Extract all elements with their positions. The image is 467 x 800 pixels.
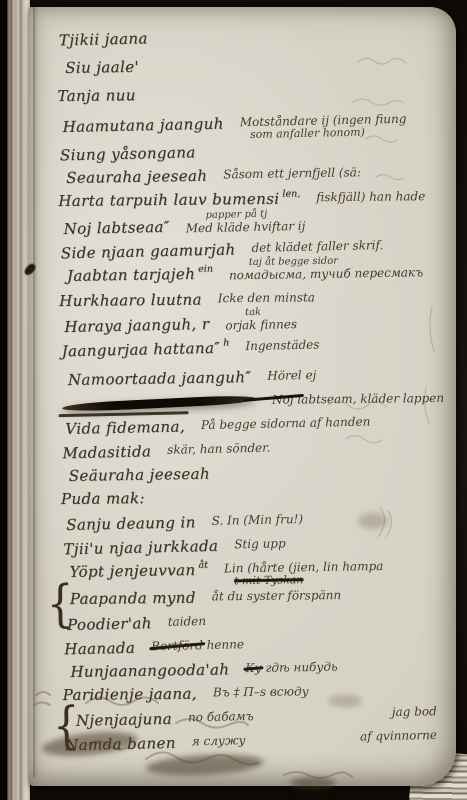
gloss-annotation: På begge sidorna af handen	[201, 415, 371, 433]
gloss-text: Въ ‡ П–s всюду	[213, 684, 309, 699]
photo-of-notebook: Tjikii jaanaSiu jaale'Tanja nuuHaamutana…	[0, 0, 467, 800]
manuscript-line: Hunjaanangooda'ahКу гдѣ нибудь	[70, 657, 446, 682]
gloss-annotation: Ку гдѣ нибудь	[245, 660, 337, 675]
gloss-text: På begge sidorna af handen	[201, 415, 371, 433]
manuscript-line: {Njenjaajunaпо бабамъjag bod	[68, 704, 447, 731]
gloss-text: S. In (Min fru!)	[211, 512, 303, 528]
sami-phrase: Jaangurjaa hattana″h	[61, 339, 229, 364]
sami-phrase: Side njaan gaamurjah	[61, 240, 236, 263]
gloss-text: я служу	[192, 733, 246, 748]
sami-phrase: Vida fidemana,	[65, 417, 185, 439]
manuscript-line: Siu jaale'	[65, 53, 441, 78]
gloss-annotation: åt du syster förspänn	[212, 588, 342, 603]
interlinear-note: len,	[282, 188, 300, 199]
gloss-annotation: Såsom ett jernfjell (sä:	[223, 165, 361, 181]
manuscript-line: Namoortaada jaanguh″Hörel ej	[68, 365, 444, 390]
interlinear-note: h	[223, 338, 229, 349]
gloss-text: skär, han sönder.	[167, 441, 270, 457]
manuscript-line: Jaabtan tarjajeheintaj åt begge sidorпом…	[67, 261, 443, 288]
manuscript-lines: Tjikii jaanaSiu jaale'Tanja nuuHaamutana…	[55, 25, 447, 757]
gloss-annotation: Icke den minsta	[218, 290, 315, 305]
book-spine-page-edges	[0, 0, 30, 800]
manuscript-line: Siung yåsongana	[60, 138, 442, 166]
notebook-page: Tjikii jaanaSiu jaale'Tanja nuuHaamutana…	[28, 7, 456, 786]
sami-phrase: Yöpt jenjeuvvanåt	[69, 561, 208, 584]
sami-phrase: Hunjaanangooda'ah	[70, 660, 229, 681]
gloss-annotation: papper på tjMed kläde hviftar ij	[186, 216, 306, 236]
manuscript-line: Noj labtseaa″papper på tjMed kläde hvift…	[63, 212, 442, 239]
manuscript-line: Paridienje jaana,Въ ‡ П–s всюду	[63, 682, 447, 705]
gloss-far-right: af qvinnorne	[360, 728, 447, 744]
manuscript-line: Seäuraha jeeseah	[69, 461, 445, 486]
gloss-text: Med kläde hviftar ij	[186, 219, 306, 236]
gloss-text: fiskfjäll) han hade	[316, 189, 425, 204]
sami-phrase: Puda mak:	[61, 489, 145, 509]
sami-phrase: Sanju deaung in	[66, 513, 196, 535]
sami-phrase: Tjii'u njaa jurkkada	[63, 537, 218, 560]
manuscript-line: Tjii'u njaa jurkkadaStig upp	[63, 532, 445, 560]
sami-phrase: Paapanda mynd	[70, 589, 196, 609]
sami-phrase: Poodier'ah	[67, 614, 152, 635]
gloss-text: по бабамъ	[188, 709, 254, 724]
gloss-text: помадысма, тучиб пересмакъ	[229, 265, 423, 282]
manuscript-line: Poodier'ahtaiden	[67, 608, 446, 635]
struck-word: Bortförd	[151, 638, 203, 653]
interlinear-note: ein	[198, 264, 213, 275]
gloss-text: Icke den minsta	[218, 290, 315, 305]
manuscript-line: Vida fidemana,På begge sidorna af handen	[65, 412, 444, 439]
sami-phrase: Siung yåsongana	[60, 143, 196, 165]
sami-phrase: Madasitida	[62, 442, 151, 463]
gloss-annotation: S. In (Min fru!)	[211, 512, 303, 528]
gloss-text: taiden	[168, 614, 207, 629]
manuscript-line: Yöpt jenjeuvvanåtLin (hårte (jien, lin h…	[69, 557, 445, 586]
gloss-text: orjak finnes	[225, 317, 297, 332]
sami-phrase: Haamutana jaanguh	[62, 115, 223, 137]
pencil-smudge	[328, 695, 362, 707]
sami-phrase: Seäuraha jeeseah	[69, 465, 211, 486]
gloss-text: Lin (hårte (jien, lin hampa	[224, 559, 384, 576]
ink-smudge	[290, 777, 336, 789]
sami-phrase: Tanja nuu	[57, 86, 136, 106]
manuscript-line: HaanadaBortförd henne	[64, 632, 446, 660]
sami-phrase: Seauraha jeeseah	[66, 167, 208, 188]
ink-blot-strike	[62, 394, 256, 412]
struck-word: Ку	[245, 661, 261, 675]
sami-phrase: Jaabtan tarjajehein	[67, 265, 213, 288]
gloss-annotation: Stig upp	[234, 536, 286, 551]
gloss-annotation: taiden	[168, 614, 207, 629]
gloss-annotation: skär, han sönder.	[167, 441, 270, 457]
sami-phrase: Namoortaada jaanguh″	[68, 368, 252, 390]
gloss-text: Såsom ett jernfjell (sä:	[223, 165, 361, 181]
sami-phrase: Noj labtseaa″	[63, 218, 170, 239]
sami-phrase: Haanada	[64, 639, 135, 660]
manuscript-line: Puda mak:	[61, 486, 445, 509]
gloss-annotation: Bortförd henne	[151, 637, 244, 653]
sami-phrase: Haraya jaanguh, r	[64, 315, 209, 337]
sami-phrase: Siu jaale'	[65, 58, 139, 78]
manuscript-line: Haraya jaanguh, rtakorjak finnes	[64, 310, 443, 337]
manuscript-line: Haamutana jaanguhMotståndare ij (ingen f…	[62, 110, 441, 141]
sami-phrase: Paridienje jaana,	[63, 685, 197, 705]
gloss-text: Hörel ej	[267, 368, 316, 383]
manuscript-line: Noj labtseam, kläder lappen	[60, 390, 444, 413]
sami-phrase: Tjikii jaana	[59, 29, 148, 50]
manuscript-line: {Paapanda myndåt du syster förspänn	[62, 586, 446, 609]
gloss-text: Ingenstädes	[245, 337, 319, 353]
gloss-annotation: я служу	[192, 733, 246, 748]
gloss-far-right: jag bod	[392, 704, 447, 719]
manuscript-line: Sanju deaung inS. In (Min fru!)	[66, 508, 445, 535]
pencil-smudge	[358, 513, 388, 529]
manuscript-line: Madasitidaskär, han sönder.	[62, 436, 444, 464]
gloss-annotation: Въ ‡ П–s всюду	[213, 684, 309, 699]
gloss-text: Ку гдѣ нибудь	[245, 660, 337, 675]
gloss-text: Stig upp	[234, 536, 286, 551]
gloss-text: åt du syster förspänn	[212, 588, 342, 603]
gloss-text: Bortförd henne	[151, 637, 244, 653]
gloss-text-line2: t mit Tyskan	[234, 573, 384, 587]
interlinear-note: åt	[198, 560, 208, 571]
sami-phrase: Njenjaajuna	[76, 710, 173, 731]
gloss-annotation: по бабамъ	[188, 709, 254, 724]
sami-phrase: Hurkhaaro luutna	[59, 291, 202, 311]
manuscript-line: Jaangurjaa hattana″hIngenstädes	[61, 334, 443, 364]
gloss-annotation: Ingenstädes	[245, 337, 319, 353]
gloss-annotation: Motståndare ij (ingen fiungsom anfaller …	[240, 112, 407, 137]
gloss-annotation: Hörel ej	[267, 368, 316, 383]
manuscript-line: Seauraha jeeseahSåsom ett jernfjell (sä:	[66, 163, 442, 188]
gloss-annotation: takorjak finnes	[225, 314, 297, 332]
gloss-annotation: taj åt begge sidorпомадысма, тучиб перес…	[229, 262, 423, 282]
gloss-annotation: fiskfjäll) han hade	[316, 189, 425, 204]
gloss-text: det klädet faller skrif.	[251, 238, 383, 255]
manuscript-line: Tanja nuu	[57, 83, 441, 106]
gloss-annotation: Lin (hårte (jien, lin hampat mit Tyskan	[224, 559, 384, 584]
gloss-annotation: det klädet faller skrif.	[251, 238, 383, 255]
